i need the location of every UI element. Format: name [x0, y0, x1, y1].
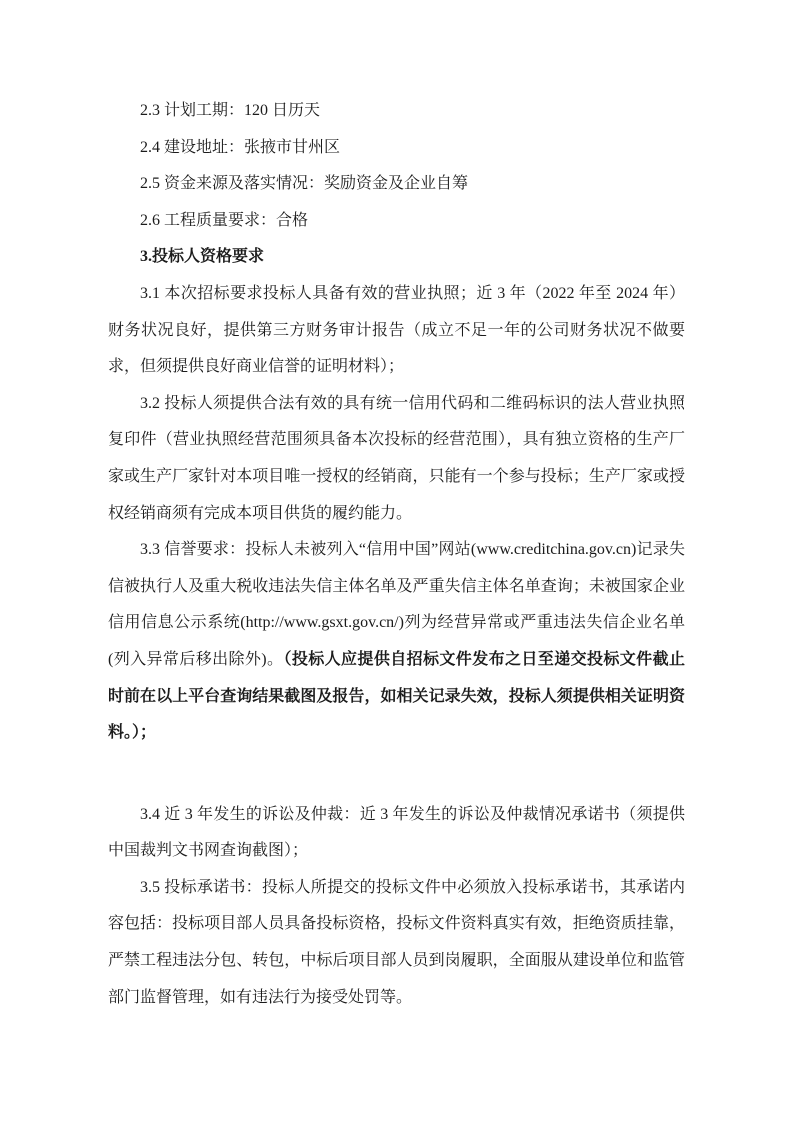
clause-2-4-construction-address: 2.4 建设地址：张掖市甘州区	[108, 130, 685, 167]
document-page: 2.3 计划工期：120 日历天2.4 建设地址：张掖市甘州区2.5 资金来源及…	[0, 0, 793, 1122]
text-run: 3.1 本次招标要求投标人具备有效的营业执照；近 3 年（2022 年至 202…	[108, 285, 685, 375]
text-run: 2.6 工程质量要求：合格	[140, 212, 308, 229]
clause-3-2-legal-license-copy: 3.2 投标人须提供合法有效的具有统一信用代码和二维码标识的法人营业执照复印件（…	[108, 386, 685, 532]
document-body: 2.3 计划工期：120 日历天2.4 建设地址：张掖市甘州区2.5 资金来源及…	[108, 93, 685, 1016]
clause-3-1-business-license: 3.1 本次招标要求投标人具备有效的营业执照；近 3 年（2022 年至 202…	[108, 276, 685, 386]
text-run: 3.3 信誉要求：投标人未被列入“信用中国”网站(www.creditchina…	[108, 541, 685, 668]
clause-2-6-quality-requirement: 2.6 工程质量要求：合格	[108, 203, 685, 240]
text-run: 2.3 计划工期：120 日历天	[140, 102, 320, 119]
bold-text-run: 3.投标人资格要求	[140, 248, 264, 265]
clause-2-5-funding-source: 2.5 资金来源及落实情况：奖励资金及企业自筹	[108, 166, 685, 203]
clause-3-5-bid-commitment-letter: 3.5 投标承诺书：投标人所提交的投标文件中必须放入投标承诺书，其承诺内容包括：…	[108, 870, 685, 1016]
text-run: 3.5 投标承诺书：投标人所提交的投标文件中必须放入投标承诺书，其承诺内容包括：…	[108, 879, 685, 1006]
text-run: 3.4 近 3 年发生的诉讼及仲裁：近 3 年发生的诉讼及仲裁情况承诺书（须提供…	[108, 806, 685, 860]
clause-2-3-planned-duration: 2.3 计划工期：120 日历天	[108, 93, 685, 130]
text-run: 2.5 资金来源及落实情况：奖励资金及企业自筹	[140, 175, 468, 192]
clause-3-4-litigation-arbitration: 3.4 近 3 年发生的诉讼及仲裁：近 3 年发生的诉讼及仲裁情况承诺书（须提供…	[108, 797, 685, 870]
text-run: 3.2 投标人须提供合法有效的具有统一信用代码和二维码标识的法人营业执照复印件（…	[108, 395, 685, 522]
clause-3-3-credit-requirement: 3.3 信誉要求：投标人未被列入“信用中国”网站(www.creditchina…	[108, 532, 685, 752]
heading-3-bidder-qualification: 3.投标人资格要求	[108, 239, 685, 276]
text-run: 2.4 建设地址：张掖市甘州区	[140, 139, 340, 156]
